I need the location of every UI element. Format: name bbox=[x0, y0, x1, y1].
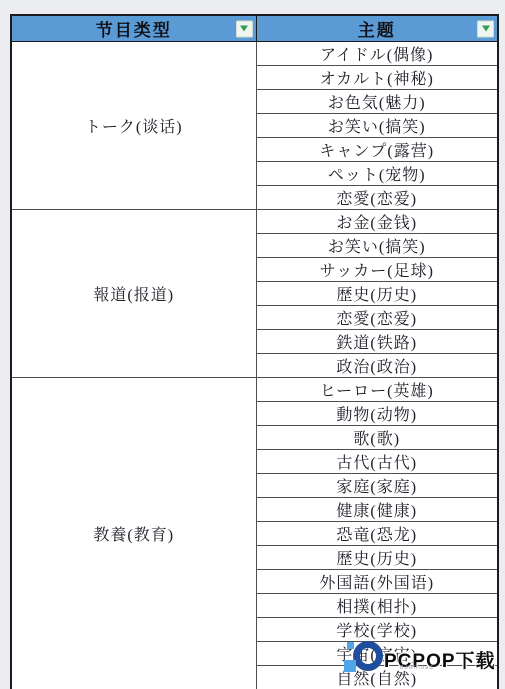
theme-cell: お笑い(搞笑) bbox=[256, 234, 498, 258]
theme-cell: 歌(歌) bbox=[256, 426, 498, 450]
theme-cell: 歴史(历史) bbox=[256, 546, 498, 570]
theme-cell: 外国語(外国语) bbox=[256, 570, 498, 594]
theme-cell: 政治(政治) bbox=[256, 354, 498, 378]
theme-cell: お笑い(搞笑) bbox=[256, 114, 498, 138]
filter-dropdown-button-theme[interactable] bbox=[477, 20, 494, 37]
table-header: 节目类型主题 bbox=[11, 15, 498, 42]
theme-cell: 恋愛(恋爱) bbox=[256, 306, 498, 330]
theme-cell: ヒーロー(英雄) bbox=[256, 378, 498, 402]
filter-arrow-icon bbox=[482, 26, 490, 32]
category-theme-table: 节目类型主题 トーク(谈话)アイドル(偶像)オカルト(神秘)お色気(魅力)お笑い… bbox=[10, 14, 499, 689]
theme-cell: 動物(动物) bbox=[256, 402, 498, 426]
theme-cell: 家庭(家庭) bbox=[256, 474, 498, 498]
theme-cell: 鉄道(铁路) bbox=[256, 330, 498, 354]
header-row: 节目类型主题 bbox=[11, 15, 498, 42]
filter-dropdown-button-category[interactable] bbox=[236, 20, 253, 37]
column-header-category: 节目类型 bbox=[11, 15, 256, 42]
table-row: 教養(教育)ヒーロー(英雄) bbox=[11, 378, 498, 402]
theme-cell: 学校(学校) bbox=[256, 618, 498, 642]
theme-cell: 恐竜(恐龙) bbox=[256, 522, 498, 546]
table-row: トーク(谈话)アイドル(偶像) bbox=[11, 42, 498, 66]
table-body: トーク(谈话)アイドル(偶像)オカルト(神秘)お色気(魅力)お笑い(搞笑)キャン… bbox=[11, 42, 498, 689]
column-header-label: 节目类型 bbox=[96, 21, 172, 40]
theme-cell: お金(金钱) bbox=[256, 210, 498, 234]
theme-cell: 古代(古代) bbox=[256, 450, 498, 474]
theme-cell: 歴史(历史) bbox=[256, 282, 498, 306]
category-cell: 教養(教育) bbox=[11, 378, 256, 689]
theme-cell: 恋愛(恋爱) bbox=[256, 186, 498, 210]
theme-cell: サッカー(足球) bbox=[256, 258, 498, 282]
theme-cell: オカルト(神秘) bbox=[256, 66, 498, 90]
theme-cell: ペット(宠物) bbox=[256, 162, 498, 186]
theme-cell: 自然(自然) bbox=[256, 666, 498, 689]
theme-cell: アイドル(偶像) bbox=[256, 42, 498, 66]
theme-cell: お色気(魅力) bbox=[256, 90, 498, 114]
table-row: 報道(报道)お金(金钱) bbox=[11, 210, 498, 234]
category-cell: トーク(谈话) bbox=[11, 42, 256, 210]
theme-cell: 宇宙(宇宙) bbox=[256, 642, 498, 666]
column-header-theme: 主题 bbox=[256, 15, 498, 42]
theme-cell: キャンプ(露营) bbox=[256, 138, 498, 162]
theme-cell: 健康(健康) bbox=[256, 498, 498, 522]
column-header-label: 主题 bbox=[358, 21, 396, 40]
category-cell: 報道(报道) bbox=[11, 210, 256, 378]
filter-arrow-icon bbox=[240, 26, 248, 32]
theme-cell: 相撲(相扑) bbox=[256, 594, 498, 618]
